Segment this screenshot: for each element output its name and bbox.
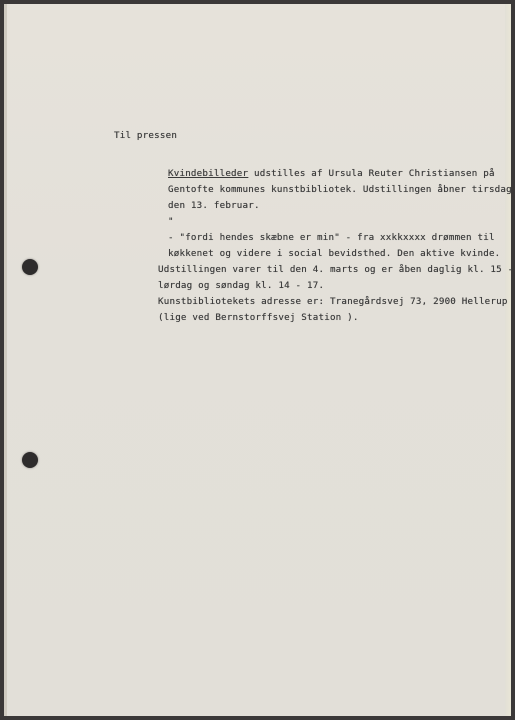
exhibition-info-paragraph: Udstillingen varer til den 4. marts og e…	[158, 262, 515, 326]
scanned-page: Til pressen Kvindebilleder udstilles af …	[0, 0, 515, 720]
exhibition-title: Kvindebilleder	[168, 168, 248, 179]
document-heading: Til pressen	[114, 128, 177, 144]
punch-hole-icon	[22, 259, 38, 275]
text-line: udstilles af Ursula Reuter Christiansen …	[248, 168, 494, 179]
press-release-paragraph: Kvindebilleder udstilles af Ursula Reute…	[168, 166, 512, 262]
punch-hole-icon	[22, 452, 38, 468]
text-line: Gentofte kommunes kunstbibliotek. Udstil…	[168, 184, 512, 195]
paper-edge-left	[4, 4, 7, 716]
text-line: den 13. februar.	[168, 200, 260, 211]
paper-sheet	[4, 4, 511, 716]
text-line: (lige ved Bernstorffsvej Station ).	[158, 312, 359, 323]
text-line: "	[168, 216, 174, 227]
paper-edge-right	[505, 4, 511, 716]
text-line: lørdag og søndag kl. 14 - 17.	[158, 280, 324, 291]
text-line: Udstillingen varer til den 4. marts og e…	[158, 264, 515, 275]
text-line: - "fordi hendes skæbne er min" - fra xxk…	[168, 232, 495, 243]
text-line: køkkenet og videre i social bevidsthed. …	[168, 248, 500, 259]
address-line: Kunstbibliotekets adresse er: Tranegårds…	[158, 296, 508, 307]
